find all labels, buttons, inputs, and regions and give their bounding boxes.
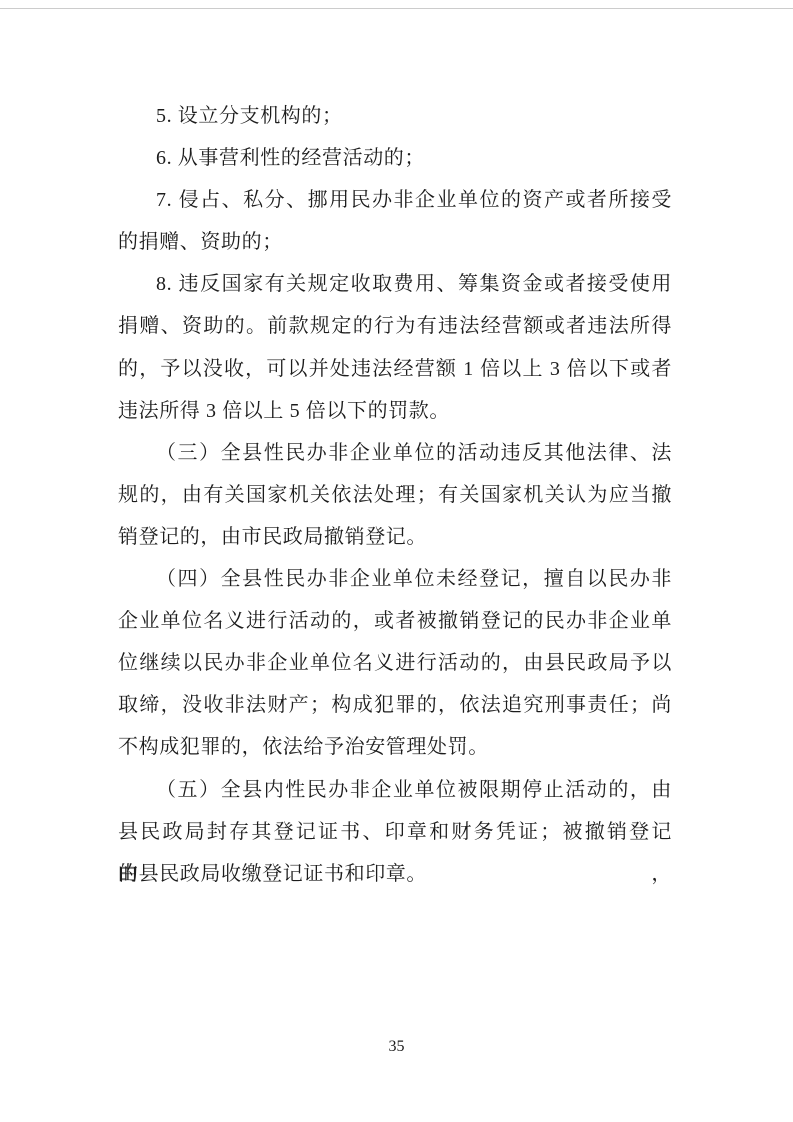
- text-line: 位继续以民办非企业单位名义进行活动的，由县民政局予以: [118, 642, 672, 684]
- text-line: 的捐赠、资助的；: [118, 221, 672, 263]
- text-line: 企业单位名义进行活动的，或者被撤销登记的民办非企业单: [118, 600, 672, 642]
- paragraph: （三）全县性民办非企业单位的活动违反其他法律、法规的，由有关国家机关依法处理；有…: [118, 432, 672, 558]
- text-line: 的，予以没收，可以并处违法经营额 1 倍以上 3 倍以下或者: [118, 348, 672, 390]
- text-line: 销登记的，由市民政局撤销登记。: [118, 516, 672, 558]
- text-line: 捐赠、资助的。前款规定的行为有违法经营额或者违法所得: [118, 305, 672, 347]
- text-line: 违法所得 3 倍以上 5 倍以下的罚款。: [118, 390, 672, 432]
- page-number: 35: [0, 1036, 793, 1058]
- document-page: 5. 设立分支机构的；6. 从事营利性的经营活动的；7. 侵占、私分、挪用民办非…: [0, 0, 793, 1122]
- text-line: （四）全县性民办非企业单位未经登记，擅自以民办非: [118, 558, 672, 600]
- text-line: 不构成犯罪的，依法给予治安管理处罚。: [118, 726, 672, 768]
- text-line: （五）全县内性民办非企业单位被限期停止活动的，由: [118, 769, 672, 811]
- paragraph: 8. 违反国家有关规定收取费用、筹集资金或者接受使用捐赠、资助的。前款规定的行为…: [118, 263, 672, 431]
- text-line: 县民政局封存其登记证书、印章和财务凭证；被撤销登记的，: [118, 811, 672, 853]
- text-line: 5. 设立分支机构的；: [118, 95, 672, 137]
- text-line: 7. 侵占、私分、挪用民办非企业单位的资产或者所接受: [118, 179, 672, 221]
- paragraph: 5. 设立分支机构的；: [118, 95, 672, 137]
- text-line: 规的，由有关国家机关依法处理；有关国家机关认为应当撤: [118, 474, 672, 516]
- page-top-edge-line: [0, 8, 793, 9]
- text-line: 取缔，没收非法财产；构成犯罪的，依法追究刑事责任；尚: [118, 684, 672, 726]
- paragraph: 7. 侵占、私分、挪用民办非企业单位的资产或者所接受的捐赠、资助的；: [118, 179, 672, 263]
- document-body: 5. 设立分支机构的；6. 从事营利性的经营活动的；7. 侵占、私分、挪用民办非…: [118, 95, 672, 895]
- paragraph: 6. 从事营利性的经营活动的；: [118, 137, 672, 179]
- paragraph: （四）全县性民办非企业单位未经登记，擅自以民办非企业单位名义进行活动的，或者被撤…: [118, 558, 672, 768]
- text-line: （三）全县性民办非企业单位的活动违反其他法律、法: [118, 432, 672, 474]
- paragraph: （五）全县内性民办非企业单位被限期停止活动的，由县民政局封存其登记证书、印章和财…: [118, 769, 672, 895]
- text-line: 6. 从事营利性的经营活动的；: [118, 137, 672, 179]
- text-line: 8. 违反国家有关规定收取费用、筹集资金或者接受使用: [118, 263, 672, 305]
